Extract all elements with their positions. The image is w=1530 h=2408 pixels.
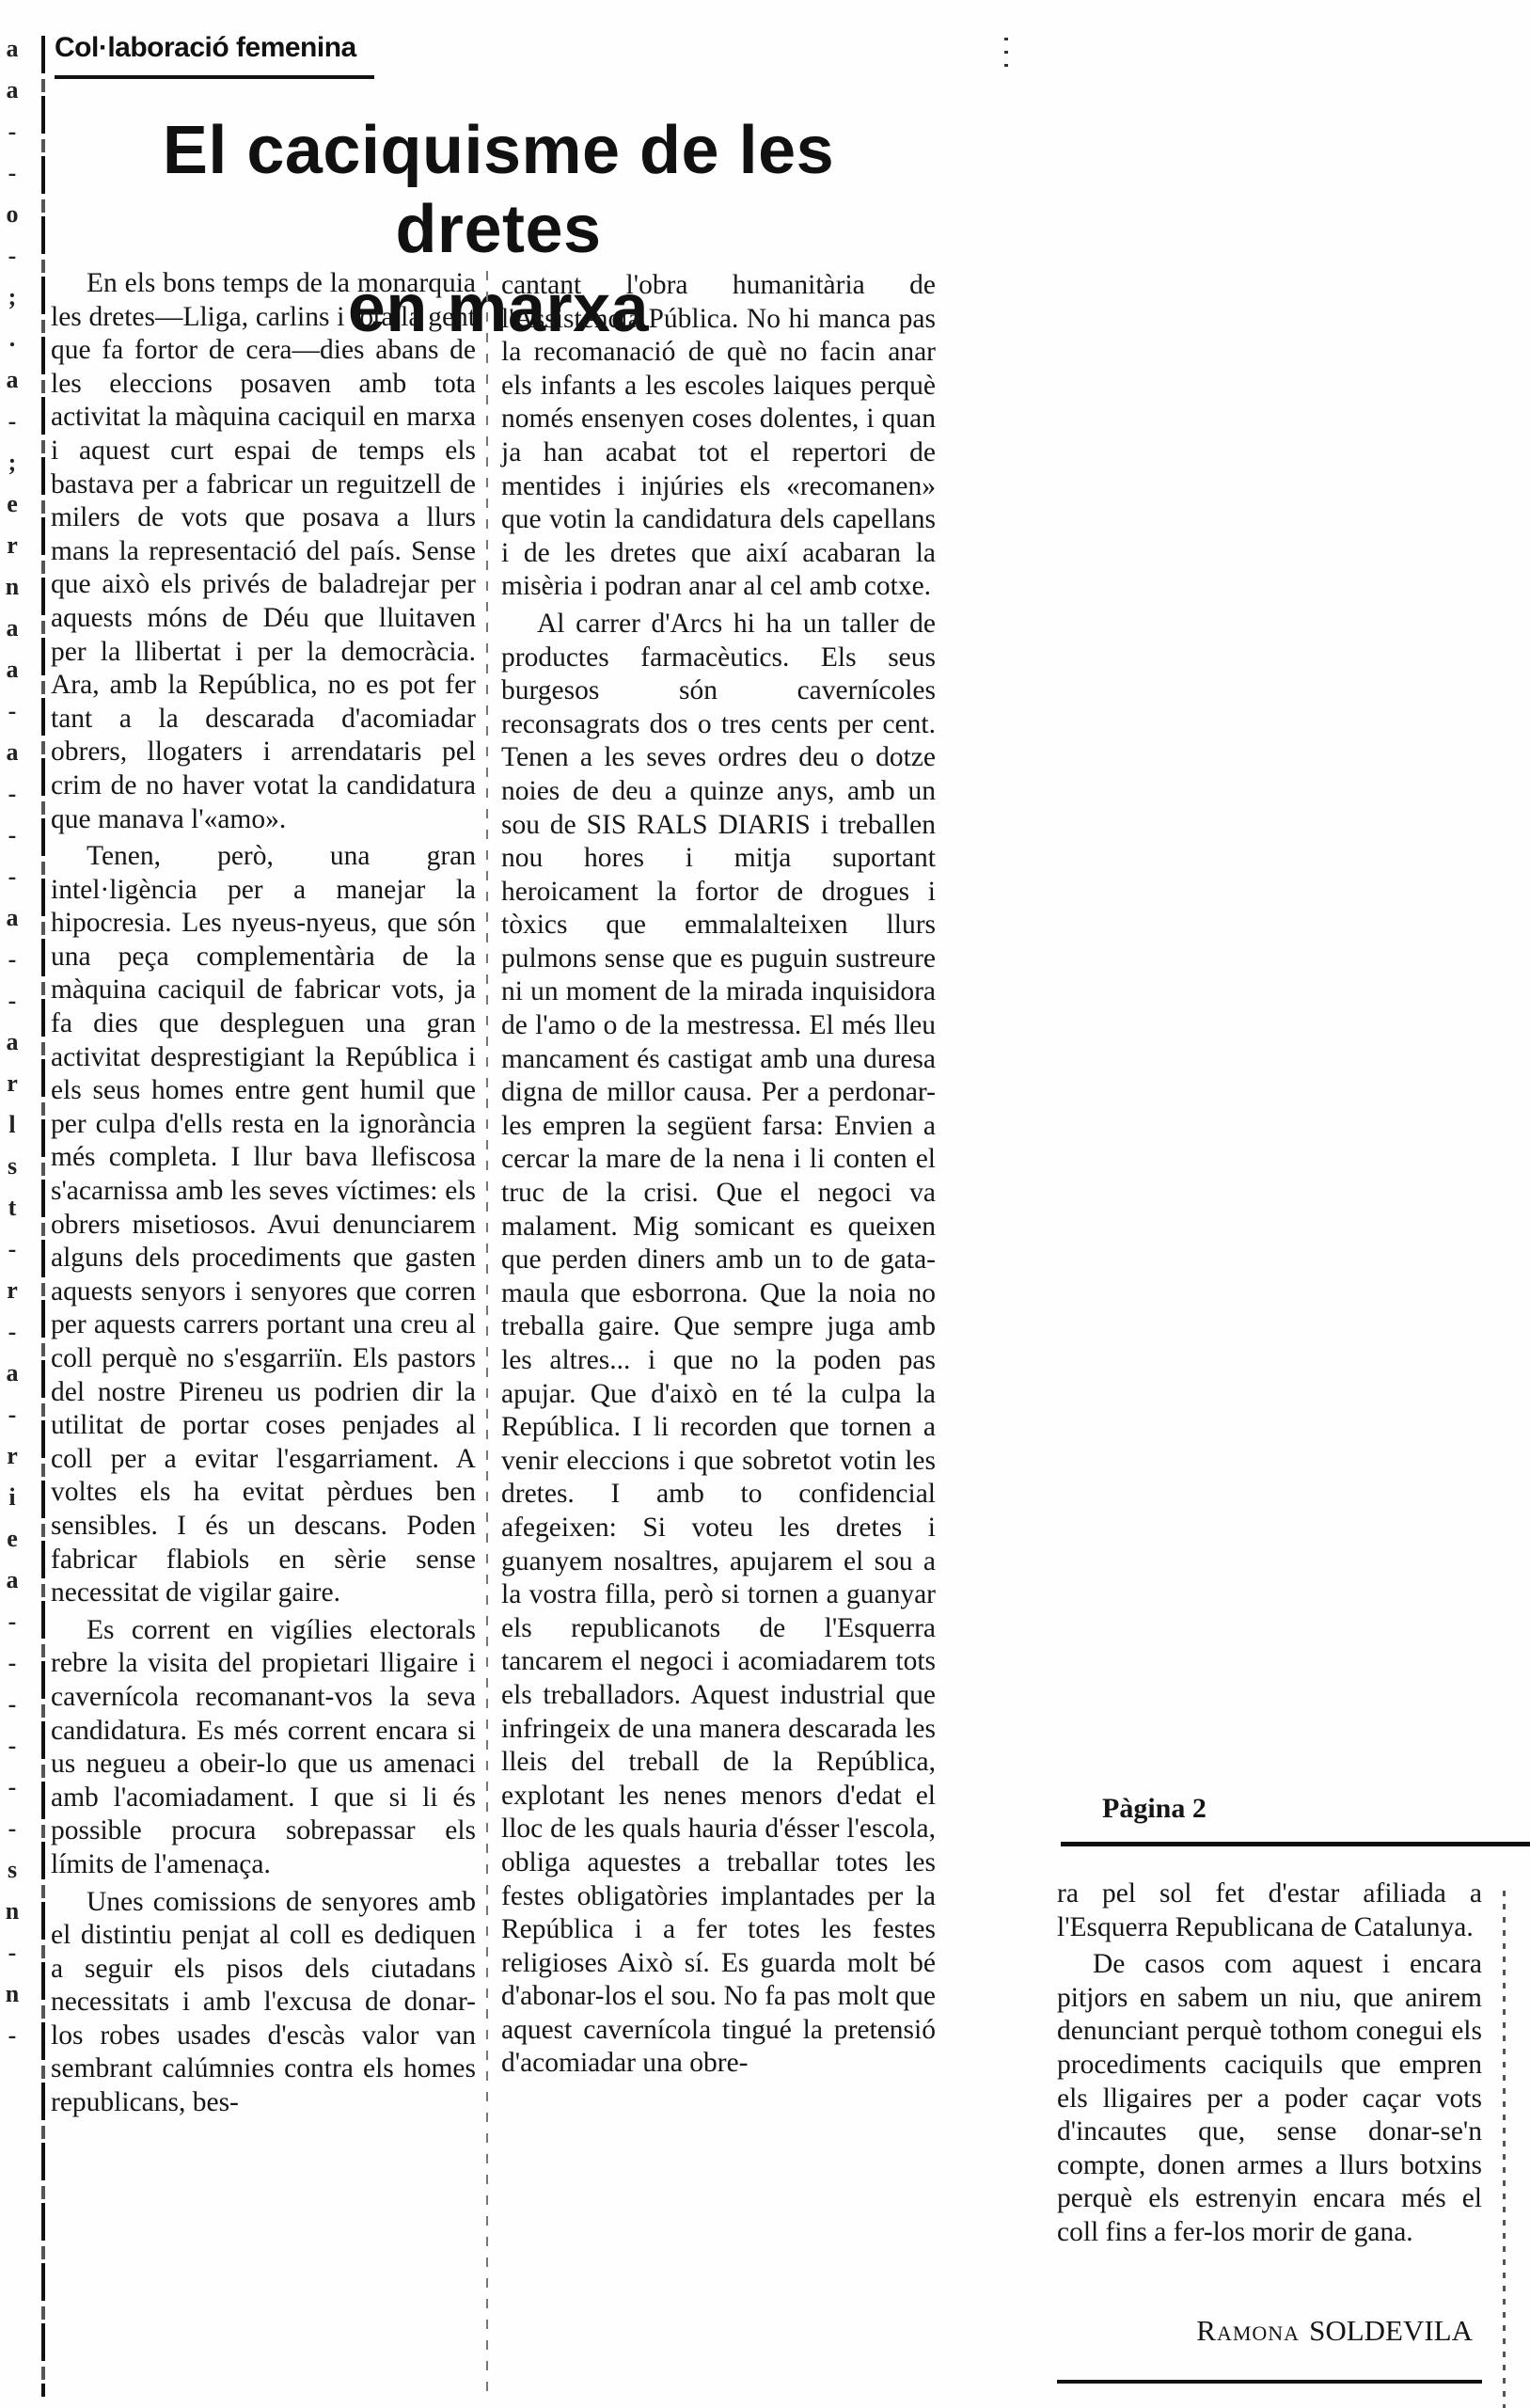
- fragment-letter: ;: [0, 277, 24, 318]
- author-signature: RamonaSOLDEVILA: [1057, 2314, 1482, 2348]
- print-speck: [1004, 38, 1008, 75]
- fragment-letter: a: [0, 1560, 24, 1601]
- fragment-letter: o: [0, 194, 24, 235]
- fragment-letter: r: [0, 1063, 24, 1104]
- fragment-letter: -: [0, 2015, 24, 2056]
- fragment-letter: .: [0, 318, 24, 359]
- fragment-letter: -: [0, 1394, 24, 1435]
- paragraph: En els bons temps de la monarquia les dr…: [51, 267, 476, 836]
- fragment-letter: -: [0, 1228, 24, 1270]
- fragment-letter: -: [0, 980, 24, 1022]
- fragment-letter: a: [0, 649, 24, 690]
- fragment-letter: -: [0, 1684, 24, 1725]
- fragment-letter: s: [0, 1146, 24, 1187]
- article-end-rule: [1057, 2380, 1482, 2384]
- fragment-letter: -: [0, 856, 24, 897]
- fragment-letter: r: [0, 1270, 24, 1311]
- fragment-letter: n: [0, 1973, 24, 2015]
- fragment-letter: -: [0, 235, 24, 277]
- paragraph: Unes comissions de senyores amb el disti…: [51, 1886, 476, 2120]
- fragment-letter: -: [0, 1725, 24, 1766]
- author-last-name: SOLDEVILA: [1309, 2314, 1473, 2347]
- paragraph: cantant l'obra humanitària de l'Assistèn…: [501, 269, 936, 604]
- fragment-letter: -: [0, 111, 24, 152]
- fragment-letter: -: [0, 690, 24, 732]
- article-column-right: ra pel sol fet d'estar afiliada a l'Esqu…: [1057, 1877, 1482, 2254]
- fragment-letter: a: [0, 359, 24, 401]
- fragment-letter: -: [0, 1808, 24, 1849]
- previous-column-fragment: aa--o-;.a-;ernaa-a---a--arlst-r-a-riea--…: [0, 28, 24, 2056]
- fragment-letter: -: [0, 1642, 24, 1684]
- fragment-letter: i: [0, 1477, 24, 1518]
- fragment-letter: -: [0, 815, 24, 856]
- fragment-letter: r: [0, 525, 24, 566]
- fragment-letter: -: [0, 773, 24, 815]
- section-rule: [55, 75, 374, 79]
- fragment-letter: -: [0, 939, 24, 980]
- fragment-letter: a: [0, 70, 24, 111]
- fragment-letter: a: [0, 608, 24, 649]
- paragraph: De casos com aquest i encara pitjors en …: [1057, 1948, 1482, 2249]
- fragment-letter: l: [0, 1104, 24, 1146]
- fragment-letter: a: [0, 1022, 24, 1063]
- fragment-letter: a: [0, 1353, 24, 1394]
- column-divider-right: [1503, 1891, 1506, 2408]
- fragment-letter: r: [0, 1435, 24, 1477]
- paragraph: ra pel sol fet d'estar afiliada a l'Esqu…: [1057, 1877, 1482, 1944]
- column-divider-left: [41, 36, 45, 2397]
- fragment-letter: -: [0, 1601, 24, 1642]
- fragment-letter: -: [0, 1932, 24, 1973]
- paragraph: Tenen, però, una gran intel·ligència per…: [51, 840, 476, 1610]
- page-number-label: Pàgina 2: [1102, 1793, 1207, 1825]
- paragraph: Es corrent en vigílies electorals rebre …: [51, 1614, 476, 1882]
- page-header-rule: [1061, 1842, 1530, 1846]
- fragment-letter: -: [0, 1311, 24, 1353]
- fragment-letter: a: [0, 897, 24, 939]
- column-divider-middle: [486, 271, 488, 2397]
- paragraph: Al carrer d'Arcs hi ha un taller de prod…: [501, 608, 936, 2081]
- fragment-letter: ;: [0, 442, 24, 483]
- fragment-letter: a: [0, 28, 24, 70]
- headline-line-1: El caciquisme de les dretes: [56, 111, 940, 269]
- fragment-letter: -: [0, 152, 24, 194]
- fragment-letter: n: [0, 1891, 24, 1932]
- fragment-letter: e: [0, 1518, 24, 1560]
- section-label: Col·laboració femenina: [55, 32, 356, 64]
- article-column-left: En els bons temps de la monarquia les dr…: [51, 267, 476, 2124]
- fragment-letter: -: [0, 1766, 24, 1808]
- author-first-name: Ramona: [1196, 2314, 1300, 2347]
- fragment-letter: s: [0, 1849, 24, 1891]
- fragment-letter: -: [0, 401, 24, 442]
- article-column-middle: cantant l'obra humanitària de l'Assistèn…: [501, 269, 936, 2084]
- fragment-letter: n: [0, 566, 24, 608]
- fragment-letter: e: [0, 483, 24, 525]
- fragment-letter: t: [0, 1187, 24, 1228]
- fragment-letter: a: [0, 732, 24, 773]
